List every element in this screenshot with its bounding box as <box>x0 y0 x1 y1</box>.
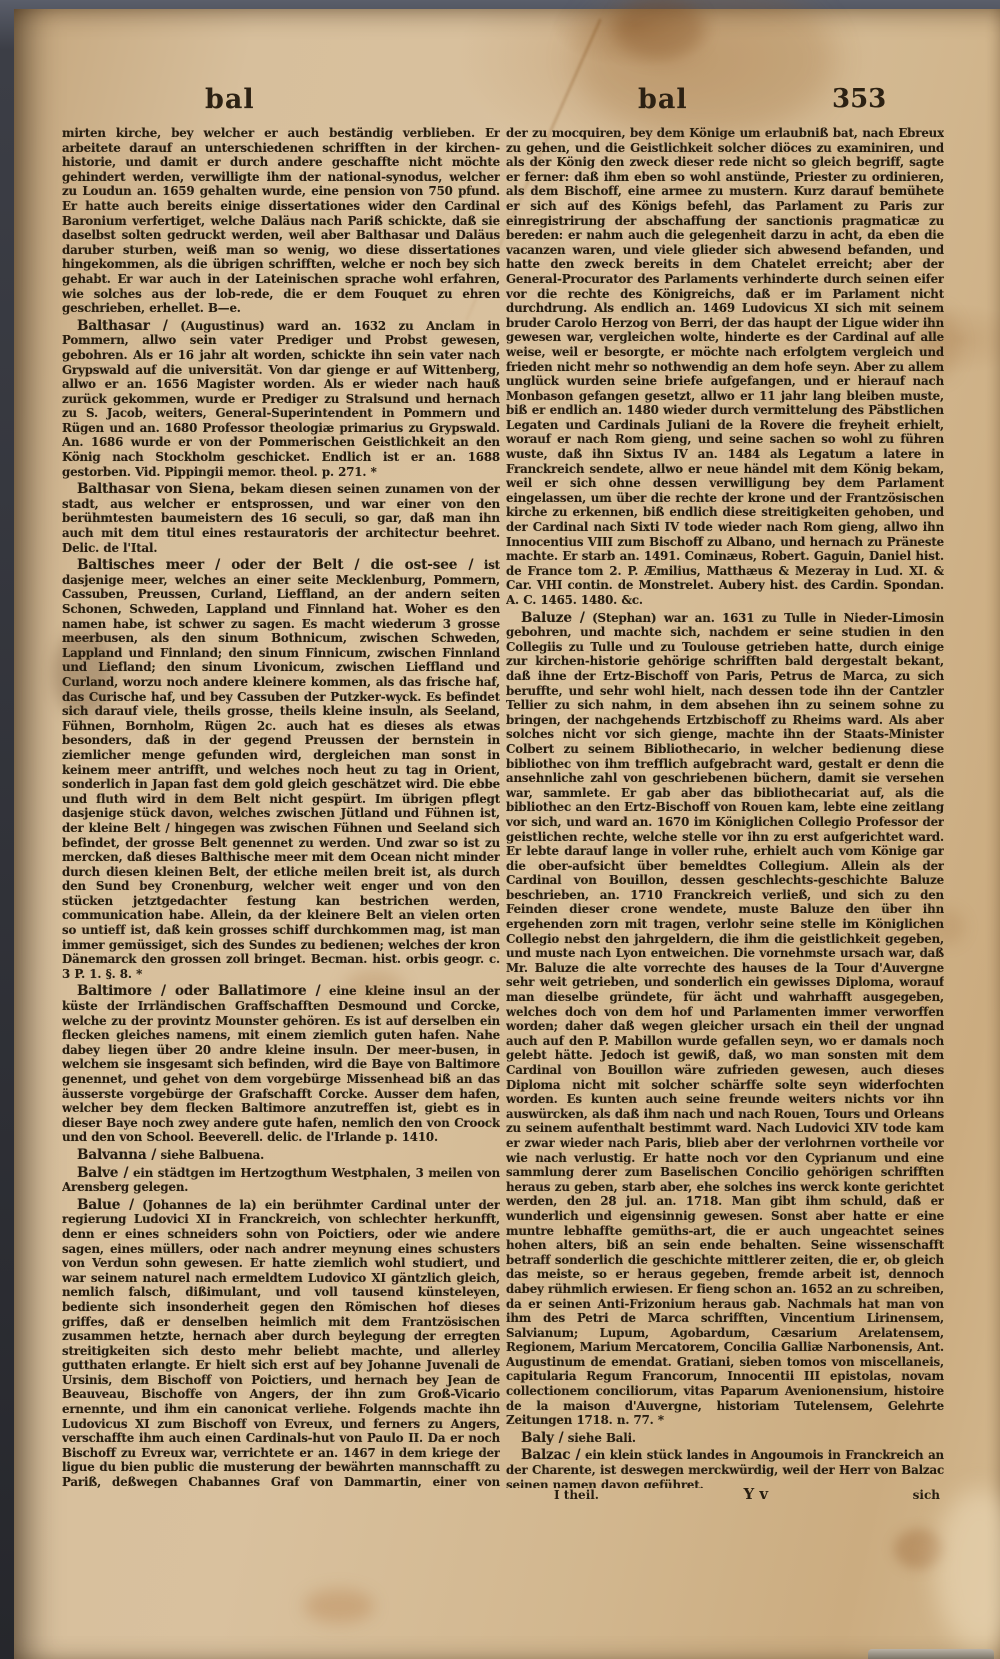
entry-paragraph: Balzac / ein klein stück landes in Angou… <box>506 1445 944 1488</box>
paper-stain <box>894 1529 944 1569</box>
entry-headword: Baly / <box>521 1430 563 1446</box>
entry-headword: Baluze / <box>521 610 585 626</box>
paper-stain <box>304 1589 374 1623</box>
next-page-edge <box>868 1649 994 1659</box>
running-head-right: bal <box>638 84 688 115</box>
page-curl-highlight <box>934 1489 1000 1649</box>
entry-paragraph: Balue / (Johannes de la) ein berühmter C… <box>62 1195 500 1488</box>
entry-headword: Baltimore / oder Ballatimore / <box>77 983 320 999</box>
signature-mark: Y v <box>743 1485 768 1503</box>
entry-headword: Balzac / <box>521 1447 580 1463</box>
entry-paragraph: Baluze / (Stephan) war an. 1631 zu Tulle… <box>506 608 944 1428</box>
scanned-book-page: { "page": { "header": { "left_column_hea… <box>0 0 1000 1659</box>
entry-paragraph: Baltimore / oder Ballatimore / eine klei… <box>62 981 500 1145</box>
entry-body: siehe Bali. <box>563 1431 635 1445</box>
entry-body: mirten kirche, bey welcher er auch bestä… <box>62 126 500 315</box>
entry-paragraph: Baly / siehe Bali. <box>506 1428 944 1446</box>
entry-headword: Baltisches meer / oder der Belt / die os… <box>77 557 473 573</box>
page-footer: I theil. Y v sich <box>506 1485 944 1503</box>
entry-headword: Balvanna / <box>77 1147 156 1163</box>
entry-body: (Stephan) war an. 1631 zu Tulle in Niede… <box>506 611 944 1428</box>
entry-body: der zu mocquiren, bey dem Könige um erla… <box>506 126 944 607</box>
entry-paragraph: Balve / ein städtgen im Hertzogthum West… <box>62 1163 500 1195</box>
entry-body: siehe Balbuena. <box>156 1148 264 1162</box>
paper-stain <box>614 0 704 59</box>
entry-body: (Johannes de la) ein berühmter Cardinal … <box>62 1198 500 1488</box>
entry-paragraph: Balvanna / siehe Balbuena. <box>62 1145 500 1163</box>
entry-paragraph: der zu mocquiren, bey dem Könige um erla… <box>506 126 944 608</box>
entry-paragraph: Baltisches meer / oder der Belt / die os… <box>62 555 500 981</box>
entry-body: eine kleine insul an der küste der Irrlä… <box>62 984 500 1144</box>
volume-label: I theil. <box>554 1488 599 1502</box>
text-column-left: mirten kirche, bey welcher er auch bestä… <box>62 126 500 1488</box>
entry-headword: Balue / <box>77 1197 134 1213</box>
text-column-right: der zu mocquiren, bey dem Könige um erla… <box>506 126 944 1488</box>
paper-stain <box>574 0 834 139</box>
page-number: 353 <box>832 84 886 114</box>
entry-paragraph: Balthasar / (Augustinus) ward an. 1632 z… <box>62 316 500 480</box>
entry-paragraph: mirten kirche, bey welcher er auch bestä… <box>62 126 500 316</box>
entry-headword: Balthasar / <box>77 318 168 334</box>
entry-headword: Balve / <box>77 1165 128 1181</box>
entry-paragraph: Balthasar von Siena, bekam diesen seinen… <box>62 479 500 555</box>
entry-body: ein städtgen im Hertzogthum Westphalen, … <box>62 1166 500 1195</box>
running-head-left: bal <box>205 84 255 115</box>
entry-body: (Augustinus) ward an. 1632 zu Anclam in … <box>62 319 500 479</box>
entry-body: ist dasjenige meer, welches an einer sei… <box>62 558 500 981</box>
entry-headword: Balthasar von Siena, <box>77 481 235 497</box>
catchword: sich <box>913 1488 940 1502</box>
